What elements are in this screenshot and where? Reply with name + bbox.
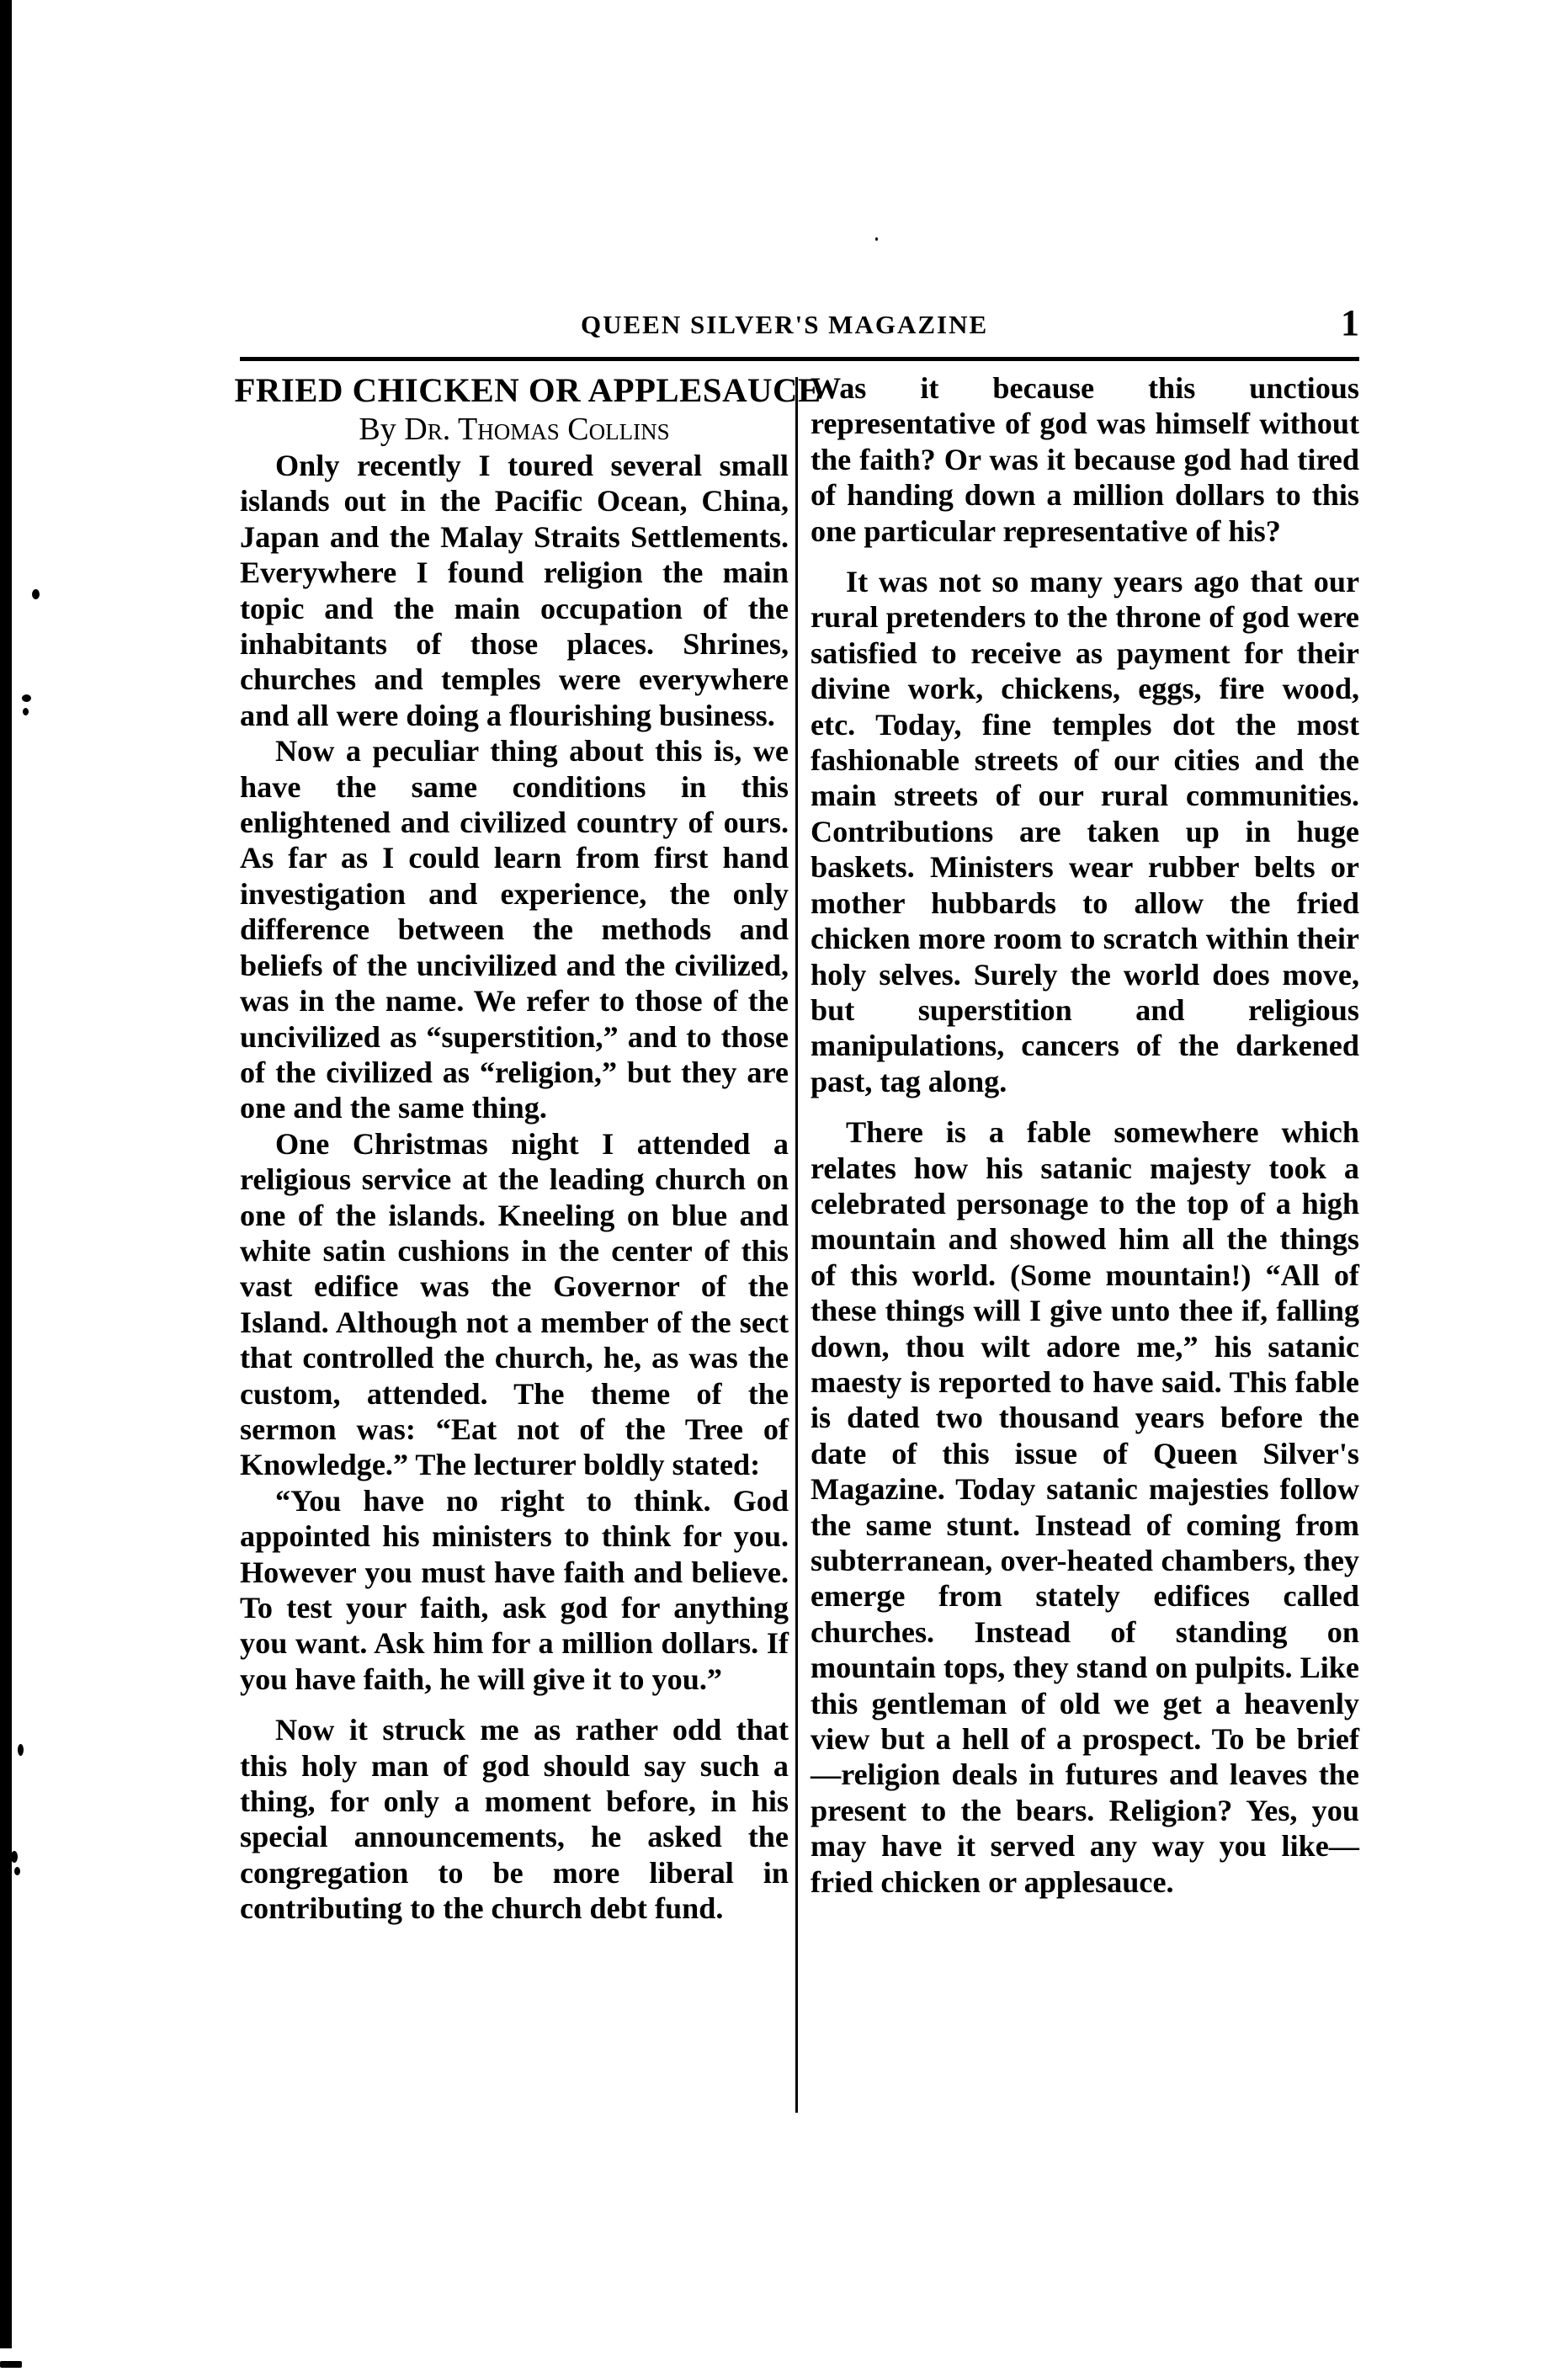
author-name: Dr. Thomas Collins	[404, 412, 669, 447]
left-column: FRIED CHICKEN OR APPLESAUCE By Dr. Thoma…	[240, 370, 789, 1927]
running-head: QUEEN SILVER'S MAGAZINE 1	[240, 303, 1359, 354]
paragraph: There is a fable somewhere which relates…	[811, 1114, 1359, 1900]
byline-prefix: By	[359, 412, 396, 447]
page-number: 1	[1341, 301, 1359, 344]
paragraph: Only recently I toured several small isl…	[240, 448, 789, 733]
paragraph: One Christmas night I attended a religio…	[240, 1126, 789, 1483]
margin-speck	[0, 2361, 22, 2368]
right-column: Was it because this unctious representat…	[811, 370, 1359, 1900]
paragraph: “You have no right to think. God appoint…	[240, 1483, 789, 1697]
byline: By Dr. Thomas Collins	[240, 411, 789, 448]
paragraph: Was it because this unctious representat…	[811, 370, 1359, 549]
header-rule	[240, 357, 1359, 361]
paragraph: Now it struck me as rather odd that this…	[240, 1712, 789, 1926]
margin-speck	[875, 237, 878, 241]
margin-speck	[22, 694, 31, 702]
column-divider	[795, 377, 798, 2113]
margin-speck	[14, 1867, 20, 1875]
margin-speck	[11, 1851, 18, 1863]
magazine-title: QUEEN SILVER'S MAGAZINE	[581, 310, 988, 340]
paragraph: It was not so many years ago that our ru…	[811, 564, 1359, 1099]
margin-speck	[18, 1744, 24, 1756]
margin-speck	[23, 708, 29, 715]
margin-speck	[32, 589, 40, 599]
scan-edge-shadow	[0, 0, 12, 2348]
paragraph: Now a peculiar thing about this is, we h…	[240, 733, 789, 1125]
article-title: FRIED CHICKEN OR APPLESAUCE	[234, 370, 794, 411]
